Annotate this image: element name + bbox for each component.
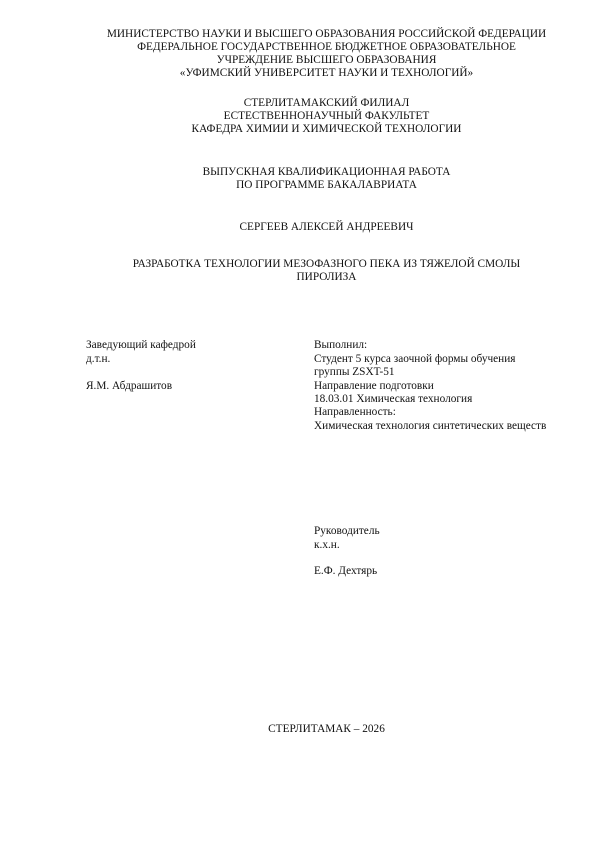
performer-label: Выполнил: [314,339,367,352]
performer-student: Студент 5 курса заочной формы обучения [314,353,515,366]
direction-label: Направление подготовки [314,380,434,393]
university-name: «УФИМСКИЙ УНИВЕРСИТЕТ НАУКИ И ТЕХНОЛОГИЙ… [0,67,595,80]
head-of-department-role: Заведующий кафедрой [86,339,196,352]
author-name: СЕРГЕЕВ АЛЕКСЕЙ АНДРЕЕВИЧ [0,221,595,234]
work-type-line-2: ПО ПРОГРАММЕ БАКАЛАВРИАТА [0,179,595,192]
supervisor-degree: к.х.н. [314,539,340,552]
thesis-title-line-2: ПИРОЛИЗА [0,271,595,284]
department-name: КАФЕДРА ХИМИИ И ХИМИЧЕСКОЙ ТЕХНОЛОГИИ [0,123,595,136]
profile-value: Химическая технология синтетических веще… [314,420,546,433]
supervisor-role: Руководитель [314,525,380,538]
head-of-department-degree: д.т.н. [86,353,110,366]
faculty-name: ЕСТЕСТВЕННОНАУЧНЫЙ ФАКУЛЬТЕТ [0,110,595,123]
direction-value: 18.03.01 Химическая технология [314,393,472,406]
ministry-line-3: УЧРЕЖДЕНИЕ ВЫСШЕГО ОБРАЗОВАНИЯ [0,54,595,67]
profile-label: Направленность: [314,406,396,419]
performer-group: группы ZSXT-51 [314,366,395,379]
thesis-title-line-1: РАЗРАБОТКА ТЕХНОЛОГИИ МЕЗОФАЗНОГО ПЕКА И… [0,258,595,271]
city-year: СТЕРЛИТАМАК – 2026 [0,723,595,736]
ministry-line-2: ФЕДЕРАЛЬНОЕ ГОСУДАРСТВЕННОЕ БЮДЖЕТНОЕ ОБ… [0,41,595,54]
branch-name: СТЕРЛИТАМАКСКИЙ ФИЛИАЛ [0,97,595,110]
work-type-line-1: ВЫПУСКНАЯ КВАЛИФИКАЦИОННАЯ РАБОТА [0,166,595,179]
ministry-line-1: МИНИСТЕРСТВО НАУКИ И ВЫСШЕГО ОБРАЗОВАНИЯ… [0,28,595,41]
head-of-department-name: Я.М. Абдрашитов [86,380,172,393]
supervisor-name: Е.Ф. Дехтярь [314,565,377,578]
